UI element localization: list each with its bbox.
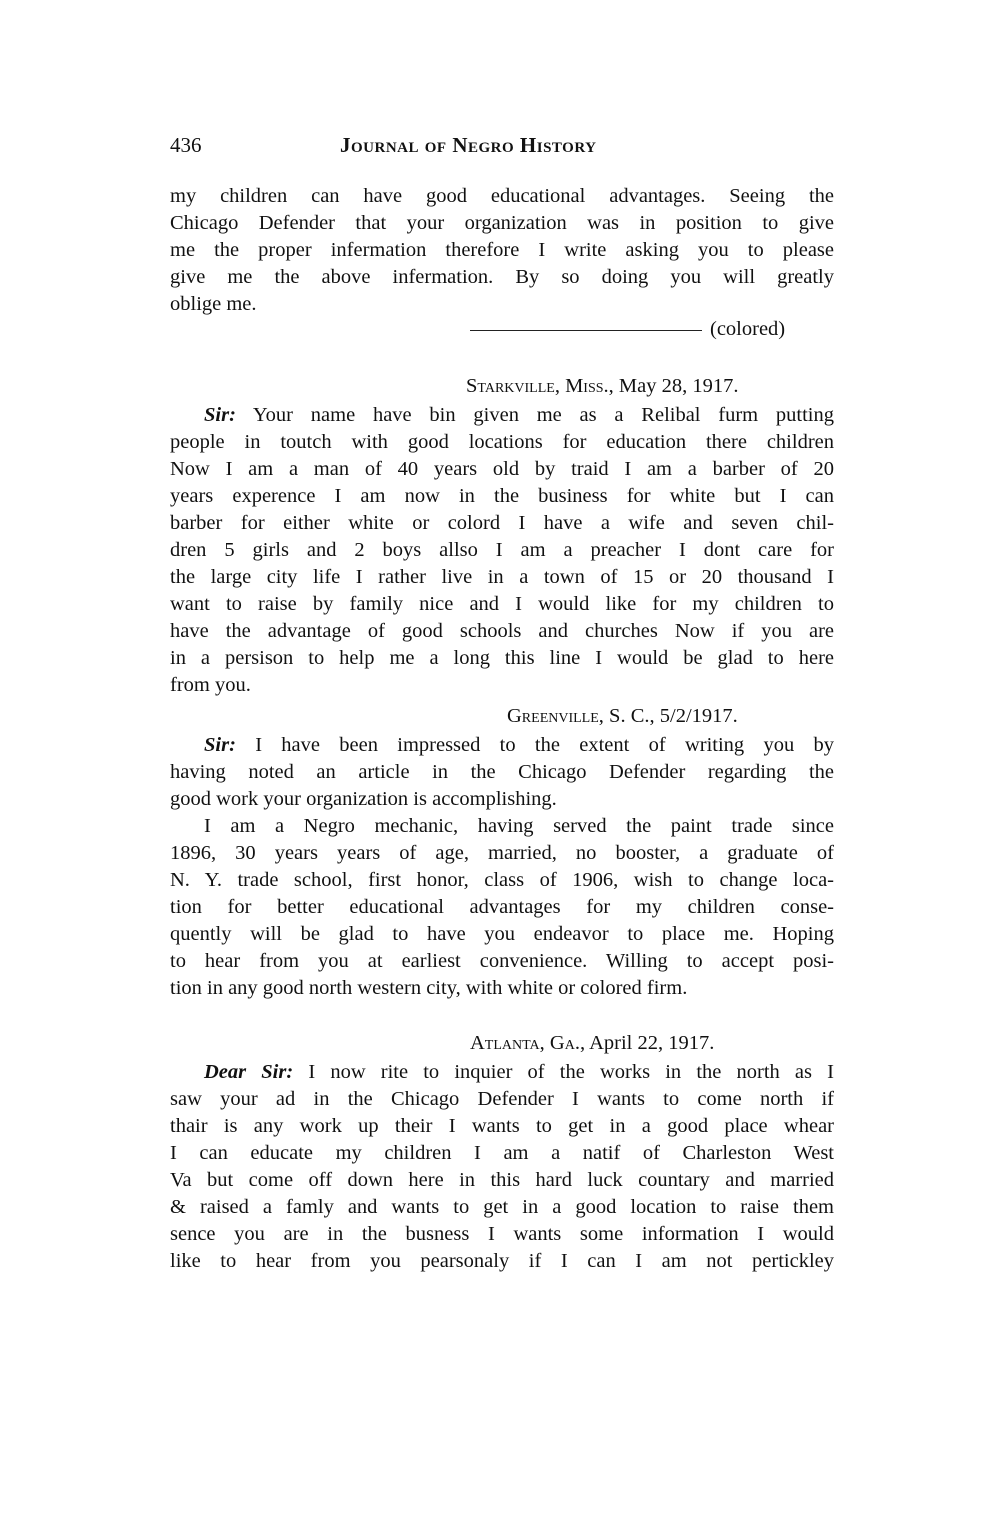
- text-line: quently will be glad to have you endeavo…: [170, 921, 834, 948]
- text-line: thair is any work up their I wants to ge…: [170, 1113, 834, 1140]
- text-line: barber for either white or colord I have…: [170, 510, 834, 537]
- signature-note: (colored): [710, 318, 785, 340]
- text-line: Dear Sir: I now rite to inquier of the w…: [170, 1059, 834, 1086]
- salutation: Sir:: [204, 734, 236, 756]
- place-name: Atlanta, Ga.,: [470, 1032, 585, 1054]
- text-line: Va but come off down here in this hard l…: [170, 1167, 834, 1194]
- text-line: from you.: [170, 672, 834, 699]
- text-line: saw your ad in the Chicago Defender I wa…: [170, 1086, 834, 1113]
- dateline: Greenville, S. C., 5/2/1917.: [507, 703, 738, 730]
- text-line: sence you are in the busness I wants som…: [170, 1221, 834, 1248]
- text-line: Sir: Your name have bin given me as a Re…: [170, 402, 834, 429]
- text-line: years experence I am now in the business…: [170, 483, 834, 510]
- text-line: & raised a famly and wants to get in a g…: [170, 1194, 834, 1221]
- text-line: N. Y. trade school, first honor, class o…: [170, 867, 834, 894]
- text-line: the large city life I rather live in a t…: [170, 564, 834, 591]
- text-line: to hear from you at earliest convenience…: [170, 948, 834, 975]
- text-line: people in toutch with good locations for…: [170, 429, 834, 456]
- text-line: Sir: I have been impressed to the extent…: [170, 732, 834, 759]
- letter-date: May 28, 1917.: [619, 375, 739, 397]
- text-line: I am a Negro mechanic, having served the…: [170, 813, 834, 840]
- document-page: 436 Journal of Negro History my children…: [0, 0, 1000, 1517]
- text-line: oblige me.: [170, 291, 834, 318]
- running-title: Journal of Negro History: [340, 133, 596, 158]
- dateline: Atlanta, Ga., April 22, 1917.: [470, 1030, 714, 1057]
- page-header: 436 Journal of Negro History: [170, 133, 835, 161]
- text-line: want to raise by family nice and I would…: [170, 591, 834, 618]
- page-number: 436: [170, 133, 202, 158]
- text-line: give me the above infermation. By so doi…: [170, 264, 834, 291]
- text-line: having noted an article in the Chicago D…: [170, 759, 834, 786]
- signature-rule: [470, 330, 702, 331]
- text-line: tion for better educational advantages f…: [170, 894, 834, 921]
- salutation: Sir:: [204, 404, 236, 426]
- salutation: Dear Sir:: [204, 1061, 293, 1083]
- text-line: like to hear from you pearsonaly if I ca…: [170, 1248, 834, 1275]
- letter-date: April 22, 1917.: [589, 1032, 714, 1054]
- text-line: me the proper infermation therefore I wr…: [170, 237, 834, 264]
- text-line: good work your organization is accomplis…: [170, 786, 834, 813]
- place-name: Greenville,: [507, 705, 604, 727]
- letter-date: S. C., 5/2/1917.: [609, 705, 738, 727]
- signature-line: (colored): [470, 316, 785, 343]
- text-line: Chicago Defender that your organization …: [170, 210, 834, 237]
- text-line: I can educate my children I am a natif o…: [170, 1140, 834, 1167]
- text-line: in a persison to help me a long this lin…: [170, 645, 834, 672]
- text-line: my children can have good educational ad…: [170, 183, 834, 210]
- place-name: Starkville, Miss.,: [466, 375, 614, 397]
- text-line: tion in any good north western city, wit…: [170, 975, 834, 1002]
- text-line: 1896, 30 years years of age, married, no…: [170, 840, 834, 867]
- text-line: dren 5 girls and 2 boys allso I am a pre…: [170, 537, 834, 564]
- dateline: Starkville, Miss., May 28, 1917.: [466, 373, 738, 400]
- text-line: have the advantage of good schools and c…: [170, 618, 834, 645]
- text-line: Now I am a man of 40 years old by traid …: [170, 456, 834, 483]
